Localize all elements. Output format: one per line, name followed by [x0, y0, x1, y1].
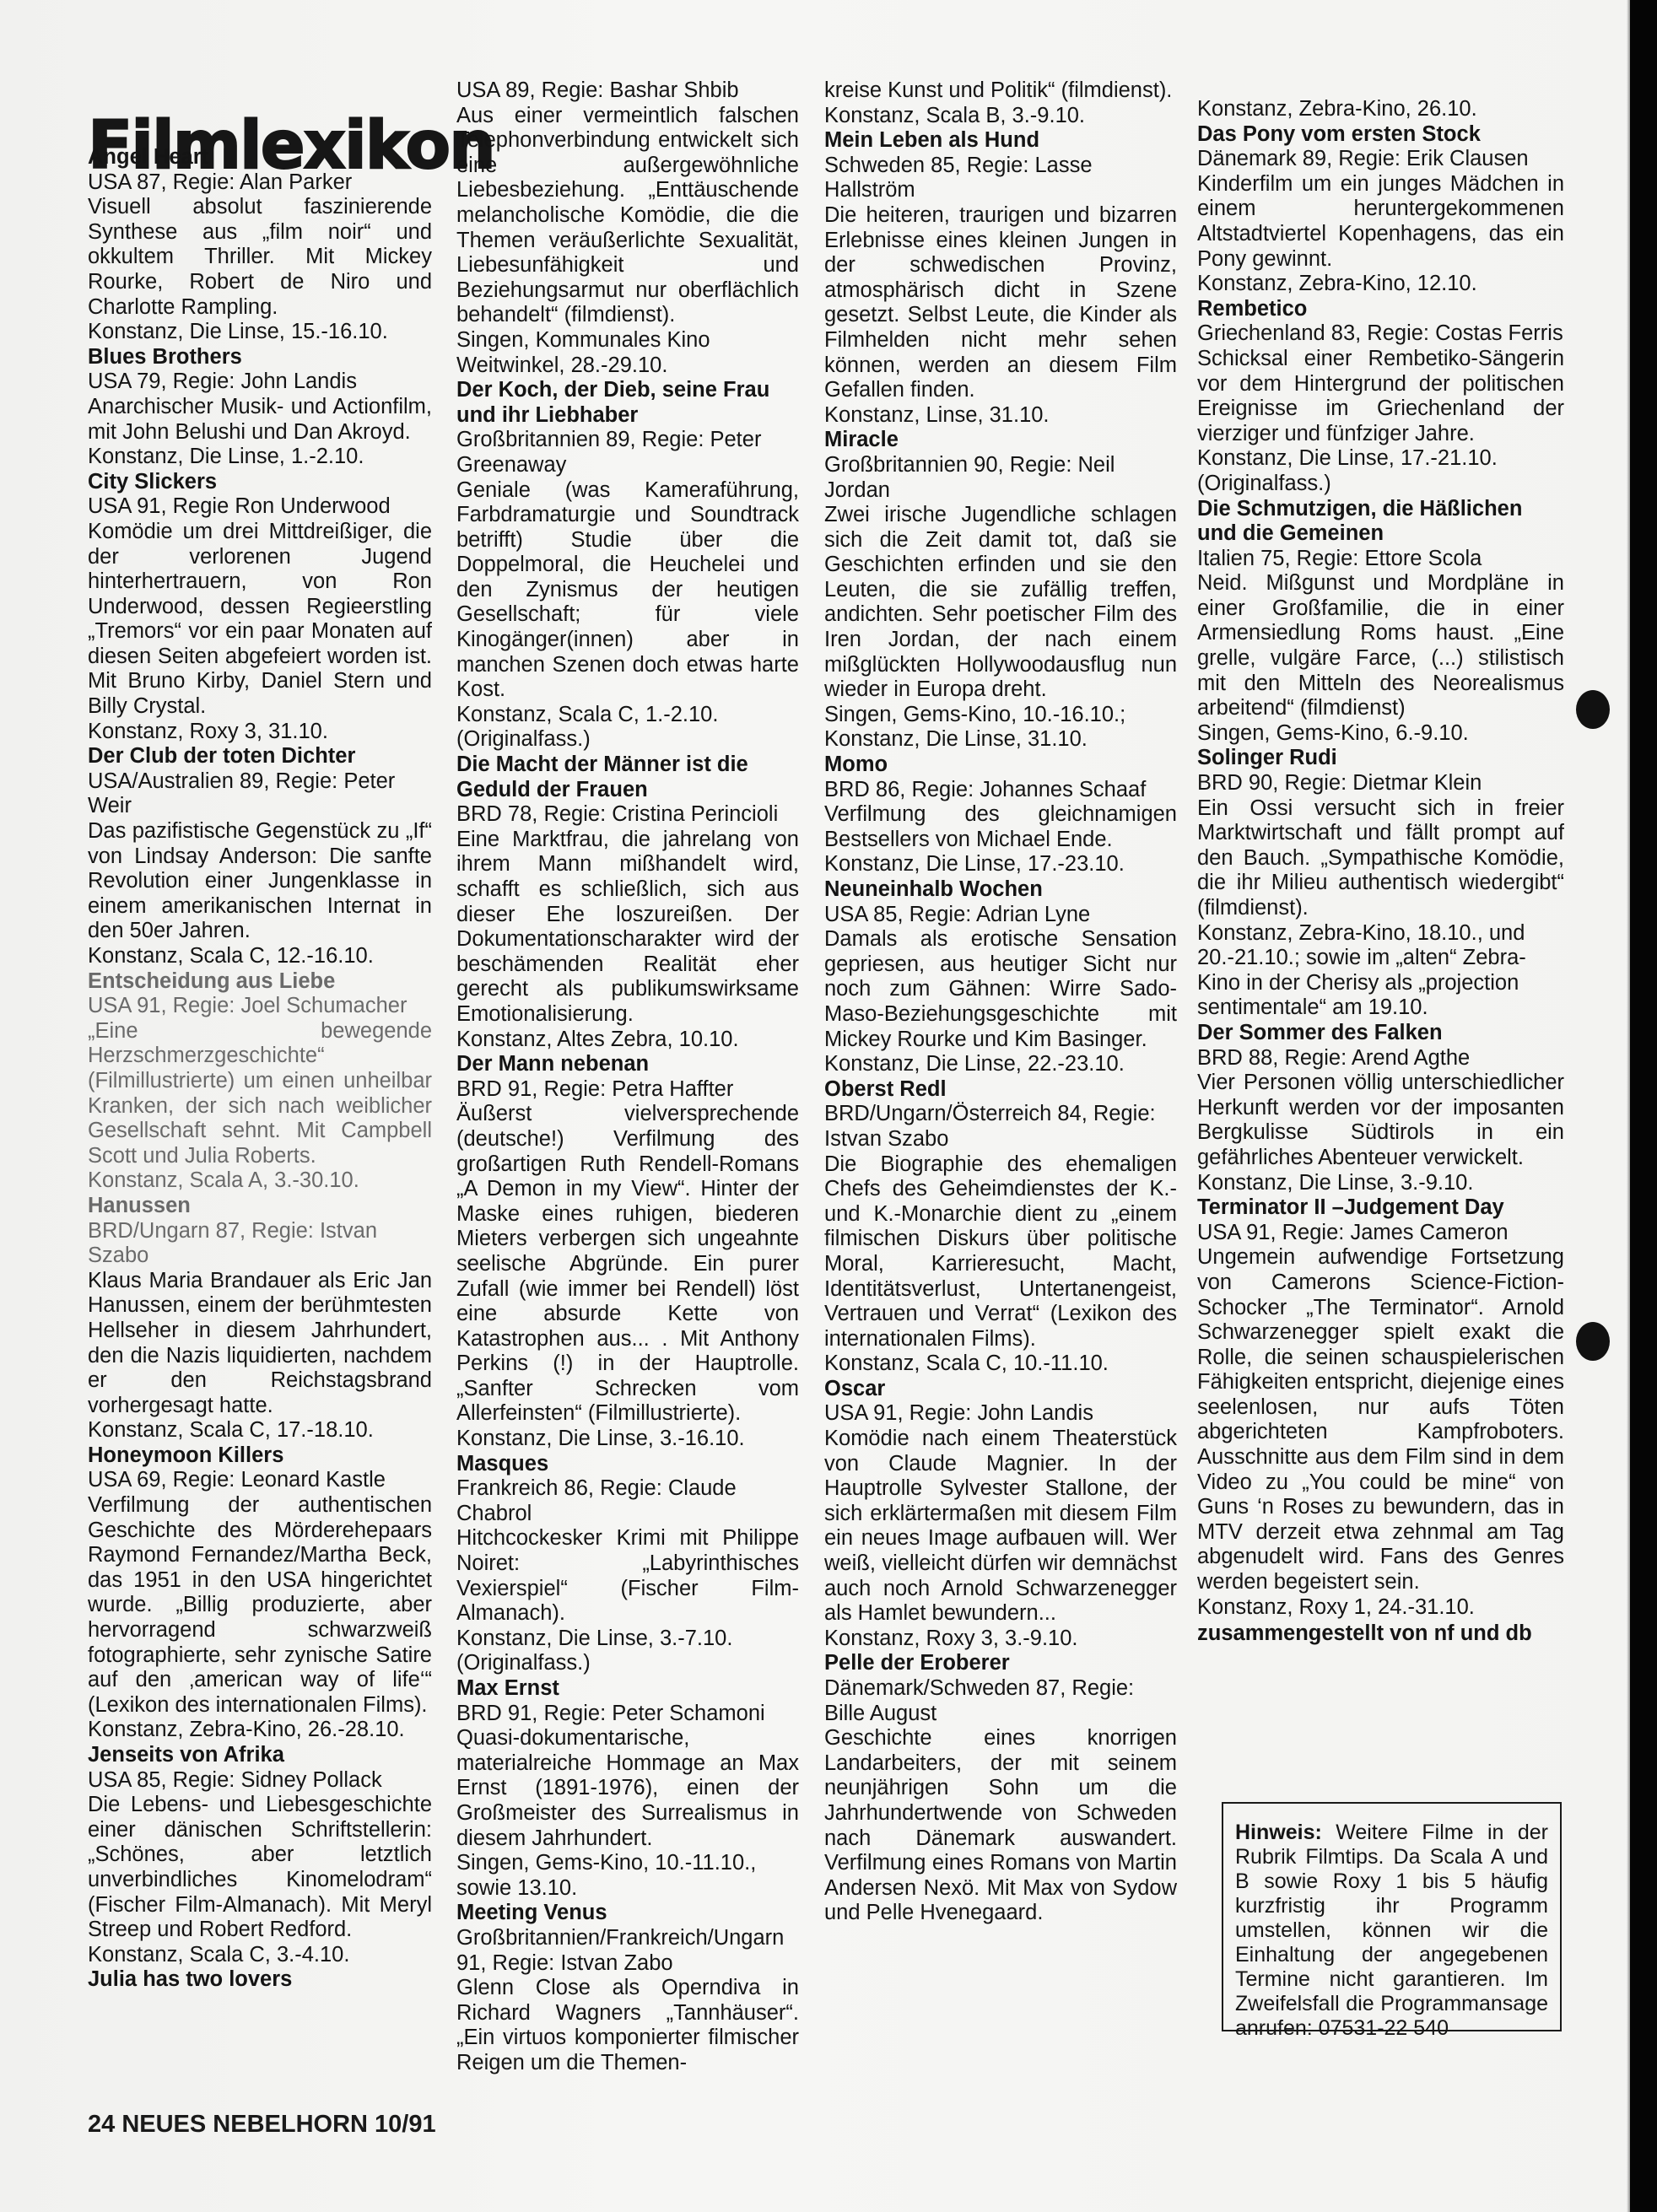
film-meta: BRD 91, Regie: Peter Schamoni: [456, 1702, 799, 1727]
film-description: Visuell absolut faszinierende Synthese a…: [88, 195, 432, 320]
film-venue: Konstanz, Die Linse, 3.-16.10.: [456, 1427, 799, 1452]
film-description: Geschichte eines knorrigen Landarbeiters…: [824, 1726, 1177, 1926]
film-description: Komödie nach einem Theaterstück von Clau…: [824, 1427, 1177, 1627]
film-description: „Eine bewegende Herzschmerzgeschichte“ (…: [88, 1019, 432, 1169]
film-title: Meeting Venus: [456, 1901, 799, 1926]
film-meta: BRD 91, Regie: Petra Haffter: [456, 1077, 799, 1103]
film-description: Neid. Mißgunst und Mordpläne in einer Gr…: [1197, 571, 1564, 721]
film-entry: Blues Brothers USA 79, Regie: John Landi…: [88, 345, 432, 470]
film-entry: Rembetico Griechenland 83, Regie: Costas…: [1197, 297, 1564, 497]
film-venue: Singen, Gems-Kino, 10.-16.10.; Konstanz,…: [824, 703, 1177, 753]
film-title: Jenseits von Afrika: [88, 1743, 432, 1768]
film-venue: Konstanz, Zebra-Kino, 26.-28.10.: [88, 1718, 432, 1743]
film-description: Zwei irische Jugendliche schlagen sich d…: [824, 503, 1177, 703]
film-description: Äußerst vielversprechende (deutsche!) Ve…: [456, 1102, 799, 1427]
film-entry: Der Mann nebenan BRD 91, Regie: Petra Ha…: [456, 1052, 799, 1452]
film-title: Solinger Rudi: [1197, 746, 1564, 771]
film-meta: Schweden 85, Regie: Lasse Hallström: [824, 154, 1177, 203]
film-description: Eine Marktfrau, die jahrelang von ihrem …: [456, 828, 799, 1028]
film-venue: Konstanz, Die Linse, 17.-21.10. (Origina…: [1197, 446, 1564, 496]
film-meta: USA 87, Regie: Alan Parker: [88, 170, 432, 196]
author-credit: zusammengestellt von nf und db: [1197, 1621, 1564, 1647]
film-entry: Solinger Rudi BRD 90, Regie: Dietmar Kle…: [1197, 746, 1564, 1021]
scan-border: [1630, 0, 1657, 2212]
film-meta: Großbritannien 90, Regie: Neil Jordan: [824, 453, 1177, 503]
film-title: Oscar: [824, 1377, 1177, 1402]
film-entry: Meeting Venus Großbritannien/Frankreich/…: [456, 1901, 799, 2075]
film-meta: Großbritannien/Frankreich/Ungarn 91, Reg…: [456, 1926, 799, 1976]
film-description: Kinderfilm um ein junges Mädchen in eine…: [1197, 172, 1564, 272]
film-entry-continued: USA 89, Regie: Bashar Shbib Aus einer ve…: [456, 78, 799, 378]
film-entry: Pelle der Eroberer Dänemark/Schweden 87,…: [824, 1651, 1177, 1926]
film-entry: Angel Heart USA 87, Regie: Alan Parker V…: [88, 145, 432, 345]
film-meta: USA 91, Regie: James Cameron: [1197, 1221, 1564, 1246]
film-meta: BRD 86, Regie: Johannes Schaaf: [824, 778, 1177, 803]
film-venue: Konstanz, Roxy 3, 31.10.: [88, 720, 432, 745]
film-venue: Konstanz, Altes Zebra, 10.10.: [456, 1028, 799, 1053]
film-description: Damals als erotische Sensation gepriesen…: [824, 927, 1177, 1052]
film-title: Die Schmutzigen, die Häßlichen und die G…: [1197, 497, 1564, 547]
film-venue: Konstanz, Scala C, 10.-11.10.: [824, 1351, 1177, 1377]
punch-hole-icon: [1576, 1322, 1610, 1361]
film-meta: USA/Australien 89, Regie: Peter Weir: [88, 769, 432, 819]
film-venue: Konstanz, Roxy 3, 3.-9.10.: [824, 1627, 1177, 1652]
film-venue: Konstanz, Scala C, 17.-18.10.: [88, 1418, 432, 1443]
film-entry: Momo BRD 86, Regie: Johannes Schaaf Verf…: [824, 753, 1177, 877]
film-entry: Der Sommer des Falken BRD 88, Regie: Are…: [1197, 1021, 1564, 1195]
column-1: Angel Heart USA 87, Regie: Alan Parker V…: [88, 145, 432, 1993]
film-entry: Max Ernst BRD 91, Regie: Peter Schamoni …: [456, 1676, 799, 1901]
film-description: Schicksal einer Rembetiko-Sängerin vor d…: [1197, 347, 1564, 446]
film-venue: Konstanz, Roxy 1, 24.-31.10.: [1197, 1595, 1564, 1621]
film-title: Masques: [456, 1452, 799, 1477]
film-venue: Konstanz, Die Linse, 1.-2.10.: [88, 445, 432, 470]
film-meta: BRD/Ungarn/Österreich 84, Regie: Istvan …: [824, 1102, 1177, 1152]
film-title: Hanussen: [88, 1194, 432, 1219]
film-title: Terminator II –Judgement Day: [1197, 1195, 1564, 1221]
film-venue: Singen, Kommunales Kino Weitwinkel, 28.-…: [456, 328, 799, 378]
film-entry: Jenseits von Afrika USA 85, Regie: Sidne…: [88, 1743, 432, 1967]
film-title: Mein Leben als Hund: [824, 128, 1177, 154]
film-meta: Großbritannien 89, Regie: Peter Greenawa…: [456, 428, 799, 477]
film-description: Verfilmung der authentischen Geschichte …: [88, 1493, 432, 1718]
film-title: Der Club der toten Dichter: [88, 744, 432, 769]
film-entry-continued: kreise Kunst und Politik“ (filmdienst). …: [824, 78, 1177, 128]
column-3: kreise Kunst und Politik“ (filmdienst). …: [824, 78, 1177, 1926]
film-description: Die Biographie des ehemaligen Chefs des …: [824, 1152, 1177, 1352]
film-description: Geniale (was Kameraführung, Farbdramatur…: [456, 478, 799, 703]
film-venue: Singen, Gems-Kino, 6.-9.10.: [1197, 721, 1564, 747]
notice-text: Weitere Filme in der Rubrik Filmtips. Da…: [1235, 1821, 1548, 2040]
film-entry: Neuneinhalb Wochen USA 85, Regie: Adrian…: [824, 877, 1177, 1077]
film-venue: Konstanz, Scala C, 12.-16.10.: [88, 944, 432, 969]
film-venue: Konstanz, Scala C, 3.-4.10.: [88, 1943, 432, 1968]
film-venue: Konstanz, Linse, 31.10.: [824, 403, 1177, 429]
punch-hole-icon: [1576, 690, 1610, 729]
film-venue: Konstanz, Zebra-Kino, 18.10., und 20.-21…: [1197, 921, 1564, 1021]
film-meta: Italien 75, Regie: Ettore Scola: [1197, 547, 1564, 572]
film-description: kreise Kunst und Politik“ (filmdienst).: [824, 78, 1177, 104]
film-meta: BRD 88, Regie: Arend Agthe: [1197, 1046, 1564, 1071]
film-venue: Konstanz, Scala B, 3.-9.10.: [824, 104, 1177, 129]
film-venue: Konstanz, Scala A, 3.-30.10.: [88, 1168, 432, 1194]
film-description: Ungemein aufwendige Fortsetzung von Came…: [1197, 1245, 1564, 1594]
column-4: Konstanz, Zebra-Kino, 26.10. Das Pony vo…: [1197, 97, 1564, 1647]
film-title: Neuneinhalb Wochen: [824, 877, 1177, 903]
film-entry: Honeymoon Killers USA 69, Regie: Leonard…: [88, 1443, 432, 1743]
film-entry: City Slickers USA 91, Regie Ron Underwoo…: [88, 470, 432, 745]
film-entry: Entscheidung aus Liebe USA 91, Regie: Jo…: [88, 969, 432, 1194]
film-entry: Der Koch, der Dieb, seine Frau und ihr L…: [456, 378, 799, 753]
film-meta: Dänemark/Schweden 87, Regie: Bille Augus…: [824, 1676, 1177, 1726]
film-title: Der Sommer des Falken: [1197, 1021, 1564, 1046]
film-description: Klaus Maria Brandauer als Eric Jan Hanus…: [88, 1269, 432, 1419]
film-venue: Singen, Gems-Kino, 10.-11.10., sowie 13.…: [456, 1851, 799, 1901]
film-description: Quasi-dokumentarische, materialreiche Ho…: [456, 1726, 799, 1851]
film-description: Glenn Close als Operndiva in Richard Wag…: [456, 1976, 799, 2075]
film-venue: Konstanz, Zebra-Kino, 26.10.: [1197, 97, 1564, 122]
film-description: Ein Ossi versucht sich in freier Marktwi…: [1197, 796, 1564, 921]
film-title: Der Koch, der Dieb, seine Frau und ihr L…: [456, 378, 799, 428]
film-meta: USA 91, Regie: Joel Schumacher: [88, 994, 432, 1019]
film-venue: Konstanz, Die Linse, 3.-7.10. (Originalf…: [456, 1627, 799, 1676]
film-title: Miracle: [824, 428, 1177, 453]
film-title: Honeymoon Killers: [88, 1443, 432, 1469]
notice-label: Hinweis:: [1235, 1821, 1322, 1844]
film-title: Rembetico: [1197, 297, 1564, 322]
film-title: Angel Heart: [88, 145, 432, 170]
film-title: Der Mann nebenan: [456, 1052, 799, 1077]
film-entry: Oscar USA 91, Regie: John Landis Komödie…: [824, 1377, 1177, 1652]
film-venue: Konstanz, Die Linse, 3.-9.10.: [1197, 1171, 1564, 1196]
film-title: Momo: [824, 753, 1177, 778]
film-title: Max Ernst: [456, 1676, 799, 1702]
film-description: Die Lebens- und Liebesgeschichte einer d…: [88, 1793, 432, 1943]
film-title: Das Pony vom ersten Stock: [1197, 122, 1564, 148]
film-meta: USA 85, Regie: Sidney Pollack: [88, 1768, 432, 1794]
film-entry: Julia has two lovers: [88, 1967, 432, 1993]
film-entry: Hanussen BRD/Ungarn 87, Regie: Istvan Sz…: [88, 1194, 432, 1443]
film-venue: Konstanz, Zebra-Kino, 12.10.: [1197, 272, 1564, 297]
film-meta: USA 91, Regie: John Landis: [824, 1401, 1177, 1427]
film-meta: BRD/Ungarn 87, Regie: Istvan Szabo: [88, 1219, 432, 1269]
column-2: USA 89, Regie: Bashar Shbib Aus einer ve…: [456, 78, 799, 2076]
film-title: Blues Brothers: [88, 345, 432, 370]
film-description: Komödie um drei Mittdreißiger, die der v…: [88, 520, 432, 720]
film-description: Das pazifistische Gegenstück zu „If“ von…: [88, 819, 432, 944]
film-title: Oberst Redl: [824, 1077, 1177, 1103]
film-meta: USA 79, Regie: John Landis: [88, 370, 432, 395]
film-entry: Mein Leben als Hund Schweden 85, Regie: …: [824, 128, 1177, 428]
film-title: Julia has two lovers: [88, 1967, 432, 1993]
film-venue: Konstanz, Die Linse, 15.-16.10.: [88, 320, 432, 345]
film-meta: BRD 78, Regie: Cristina Perincioli: [456, 802, 799, 828]
film-description: Die heiteren, traurigen und bizarren Erl…: [824, 203, 1177, 403]
film-entry: Der Club der toten Dichter USA/Australie…: [88, 744, 432, 968]
film-description: Aus einer vermeintlich falschen Telephon…: [456, 104, 799, 328]
film-entry: Miracle Großbritannien 90, Regie: Neil J…: [824, 428, 1177, 753]
film-meta: USA 85, Regie: Adrian Lyne: [824, 903, 1177, 928]
page-footer: 24 NEUES NEBELHORN 10/91: [88, 2111, 436, 2139]
film-entry: Die Macht der Männer ist die Geduld der …: [456, 753, 799, 1052]
film-venue: Konstanz, Die Linse, 17.-23.10.: [824, 852, 1177, 877]
film-meta: USA 89, Regie: Bashar Shbib: [456, 78, 799, 104]
film-meta: BRD 90, Regie: Dietmar Klein: [1197, 771, 1564, 796]
film-title: City Slickers: [88, 470, 432, 495]
film-meta: Griechenland 83, Regie: Costas Ferris: [1197, 321, 1564, 347]
film-meta: USA 91, Regie Ron Underwood: [88, 494, 432, 520]
film-description: Verfilmung des gleichnamigen Bestsellers…: [824, 802, 1177, 852]
film-entry: Terminator II –Judgement Day USA 91, Reg…: [1197, 1195, 1564, 1620]
film-venue: Konstanz, Die Linse, 22.-23.10.: [824, 1052, 1177, 1077]
notice-box: Hinweis: Weitere Filme in der Rubrik Fil…: [1222, 1802, 1562, 2031]
film-title: Die Macht der Männer ist die Geduld der …: [456, 753, 799, 802]
film-meta: USA 69, Regie: Leonard Kastle: [88, 1468, 432, 1493]
film-title: Entscheidung aus Liebe: [88, 969, 432, 995]
magazine-page: Filmlexikon Angel Heart USA 87, Regie: A…: [0, 0, 1657, 2212]
film-entry: Masques Frankreich 86, Regie: Claude Cha…: [456, 1452, 799, 1676]
film-title: Pelle der Eroberer: [824, 1651, 1177, 1676]
film-entry: Oberst Redl BRD/Ungarn/Österreich 84, Re…: [824, 1077, 1177, 1377]
film-entry: Die Schmutzigen, die Häßlichen und die G…: [1197, 497, 1564, 747]
film-meta: Dänemark 89, Regie: Erik Clausen: [1197, 147, 1564, 172]
film-description: Vier Personen völlig unterschiedlicher H…: [1197, 1071, 1564, 1170]
film-entry: Das Pony vom ersten Stock Dänemark 89, R…: [1197, 122, 1564, 297]
film-meta: Frankreich 86, Regie: Claude Chabrol: [456, 1476, 799, 1526]
film-venue: Konstanz, Scala C, 1.-2.10. (Originalfas…: [456, 703, 799, 753]
film-description: Anarchischer Musik- und Actionfilm, mit …: [88, 395, 432, 445]
film-description: Hitchcockesker Krimi mit Philippe Noiret…: [456, 1526, 799, 1626]
film-entry-continued: Konstanz, Zebra-Kino, 26.10.: [1197, 97, 1564, 122]
